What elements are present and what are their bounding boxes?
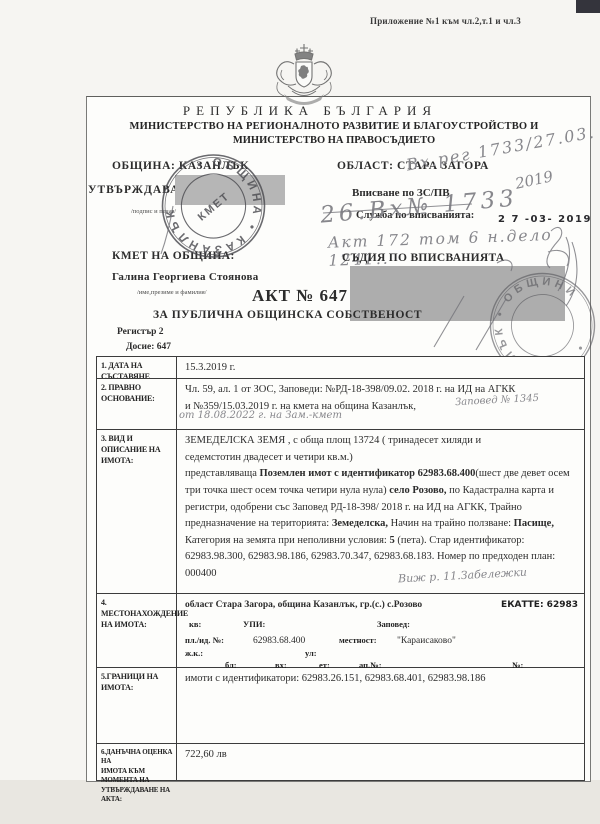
row-label: 6.ДАНЪЧНА ОЦЕНКА НА ИМОТА КЪМ МОМЕНТА НА… (97, 744, 177, 780)
tax-label-line: 6.ДАНЪЧНА ОЦЕНКА НА (101, 748, 172, 765)
table-row-location: 4. МЕСТОНАХОЖДЕНИЕ НА ИМОТА: област Стар… (97, 593, 584, 667)
act-title: АКТ № 647 (150, 286, 450, 306)
table-row-borders: 5.ГРАНИЦИ НА ИМОТА: имоти с идентификато… (97, 667, 584, 743)
field-ul: ул: (305, 647, 317, 660)
mayor-round-stamp: • ОБЩИНА • КАЗАНЛЪК КМЕТ (156, 150, 271, 262)
ministry-line-1: МИНИСТЕРСТВО НА РЕГИОНАЛНОТО РАЗВИТИЕ И … (86, 121, 582, 132)
date-stamp: 2 7 -03- 2019 (498, 214, 592, 225)
village-name: село Розово, (389, 485, 446, 496)
mayor-name: Галина Георгиева Стоянова (112, 271, 259, 283)
description-line: ЗЕМЕДЕЛСКА ЗЕМЯ , с обща площ 13724 ( тр… (185, 435, 481, 446)
field-plot-label: пл./ид. №: (185, 634, 224, 647)
row-value: 15.3.2019 г. (177, 357, 584, 378)
act-subtitle: ЗА ПУБЛИЧНА ОБЩИНСКА СОБСТВЕНОСТ (115, 309, 460, 321)
plot-number: 62983.68.400 (253, 634, 305, 649)
row-label: 4. МЕСТОНАХОЖДЕНИЕ НА ИМОТА: (97, 594, 177, 667)
field-kv: кв: (189, 618, 201, 631)
description-text: Начин на трайно ползване: (388, 518, 514, 529)
stamp-center-text: КМЕТ (196, 190, 233, 224)
row-value: област Стара Загора, община Казанлък, гр… (177, 594, 584, 667)
tax-label-line: ИМОТА КЪМ МОМЕНТА НА (101, 767, 149, 784)
description-line: седемстотин двадесет и четири кв.м.) (185, 452, 353, 463)
annex-note: Приложение №1 към чл.2,т.1 и чл.3 (370, 16, 521, 26)
scan-artifact (576, 0, 600, 13)
row-label: 2. ПРАВНО ОСНОВАНИЕ: (97, 379, 177, 429)
field-jk: ж.к.: (185, 647, 203, 660)
legal-basis-line1: Чл. 59, ал. 1 от ЗОС, Заповеди: №РД-18-3… (185, 384, 515, 395)
description-text: Категория на земята при неполивни услови… (185, 535, 389, 546)
table-row-tax-value: 6.ДАНЪЧНА ОЦЕНКА НА ИМОТА КЪМ МОМЕНТА НА… (97, 743, 584, 780)
document-scan: Приложение №1 към чл.2,т.1 и чл.3 РЕПУБЛ… (0, 0, 600, 824)
scanner-background (0, 780, 600, 824)
row-label: 1. ДАТА НА СЪСТАВЯНЕ (97, 357, 177, 378)
locality-name: "Караисаково" (397, 634, 456, 649)
register-number: Регистър 2 (117, 327, 164, 337)
dossier-number: Досие: 647 (126, 342, 171, 352)
description-text: представляваща (185, 468, 260, 479)
territory-type: Земеделска, (332, 518, 388, 529)
table-row-date: 1. ДАТА НА СЪСТАВЯНЕ 15.3.2019 г. (97, 357, 584, 378)
tax-value: 722,60 лв (177, 744, 584, 780)
handwritten-order-note: от 18.08.2022 г. на Зам.-кмет (179, 410, 342, 421)
field-zapoved: Заповед: (377, 618, 410, 631)
row-value: имоти с идентификатори: 62983.26.151, 62… (177, 668, 584, 743)
field-upi: УПИ: (243, 618, 265, 631)
registration-judge-label: СЪДИЯ ПО ВПИСВАНИЯТА (342, 252, 504, 264)
location-line: област Стара Загора, община Казанлък, гр… (185, 598, 422, 613)
land-use: Пасище, (514, 518, 554, 529)
property-identifier: Поземлен имот с идентификатор 62983.68.4… (260, 468, 476, 479)
row-label: 5.ГРАНИЦИ НА ИМОТА: (97, 668, 177, 743)
ekatte-code: ЕКАТТЕ: 62983 (501, 598, 578, 612)
republic-title: РЕПУБЛИКА БЪЛГАРИЯ (100, 103, 520, 119)
field-locality-label: местност: (339, 634, 377, 647)
row-label: 3. ВИД И ОПИСАНИЕ НА ИМОТА: (97, 430, 177, 593)
